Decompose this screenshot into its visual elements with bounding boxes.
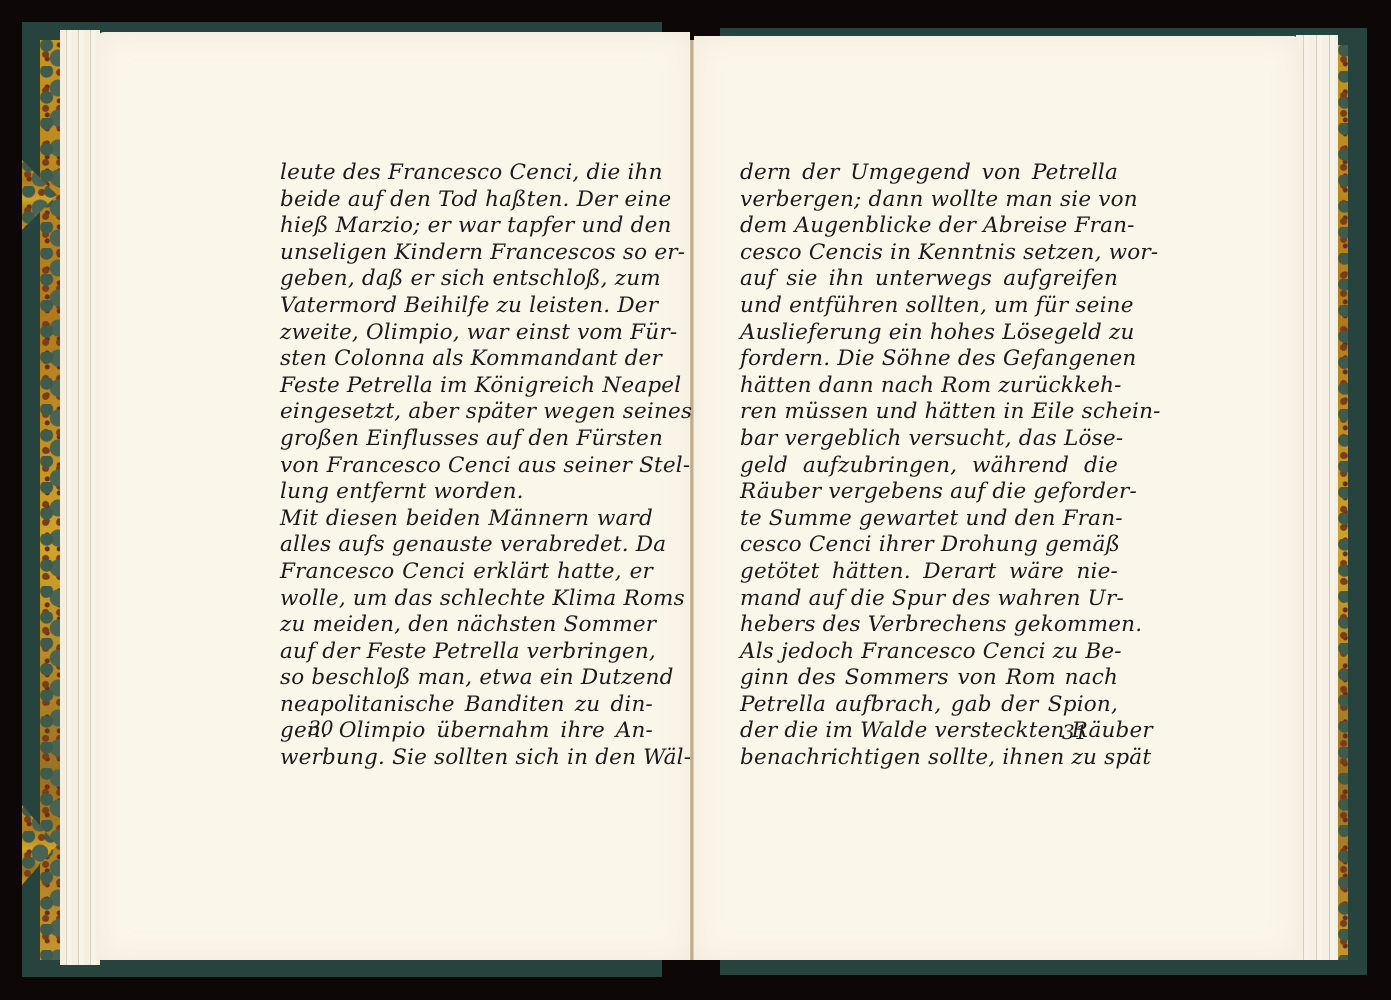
text-line: neapolitanische Banditen zu din- bbox=[280, 692, 653, 719]
text-line: sten Colonna als Kommandant der bbox=[280, 346, 653, 373]
text-line: mand auf die Spur des wahren Ur- bbox=[740, 586, 1118, 613]
text-line: dem Augenblicke der Abreise Fran- bbox=[740, 213, 1118, 240]
text-line: benachrichtigen sollte, ihnen zu spät bbox=[740, 745, 1118, 772]
left-page-text: leute des Francesco Cenci, die ihn beide… bbox=[280, 160, 653, 772]
text-line: wolle, um das schlechte Klima Roms bbox=[280, 586, 653, 613]
text-line: ren müssen und hätten in Eile schein- bbox=[740, 399, 1118, 426]
text-line: Auslieferung ein hohes Lösegeld zu bbox=[740, 320, 1118, 347]
text-line: eingesetzt, aber später wegen seines bbox=[280, 399, 653, 426]
text-line: geben, daß er sich entschloß, zum bbox=[280, 266, 653, 293]
right-page-text: dern der Umgegend von Petrella verbergen… bbox=[740, 160, 1118, 772]
text-line: Als jedoch Francesco Cenci zu Be- bbox=[740, 639, 1118, 666]
book-gutter bbox=[690, 40, 694, 960]
text-line: bar vergeblich versucht, das Löse- bbox=[740, 426, 1118, 453]
page-stack-left bbox=[60, 30, 100, 965]
text-line: fordern. Die Söhne des Gefangenen bbox=[740, 346, 1118, 373]
text-line: hebers des Verbrechens gekommen. bbox=[740, 612, 1118, 639]
text-line: Petrella aufbrach, gab der Spion, bbox=[740, 692, 1118, 719]
text-line: getötet hätten. Derart wäre nie- bbox=[740, 559, 1118, 586]
text-line: zu meiden, den nächsten Sommer bbox=[280, 612, 653, 639]
text-line: auf der Feste Petrella verbringen, bbox=[280, 639, 653, 666]
text-line: alles aufs genauste verabredet. Da bbox=[280, 532, 653, 559]
text-line: werbung. Sie sollten sich in den Wäl- bbox=[280, 745, 653, 772]
text-line: zweite, Olimpio, war einst vom Für- bbox=[280, 320, 653, 347]
text-line: und entführen sollten, um für seine bbox=[740, 293, 1118, 320]
text-line: hieß Marzio; er war tapfer und den bbox=[280, 213, 653, 240]
text-line: gen. Olimpio übernahm ihre An- bbox=[280, 718, 653, 745]
text-line: te Summe gewartet und den Fran- bbox=[740, 506, 1118, 533]
page-number-right: 31 bbox=[1062, 720, 1087, 744]
text-line: großen Einflusses auf den Fürsten bbox=[280, 426, 653, 453]
text-line: verbergen; dann wollte man sie von bbox=[740, 187, 1118, 214]
text-line: Räuber vergebens auf die geforder- bbox=[740, 479, 1118, 506]
text-line: auf sie ihn unterwegs aufgreifen bbox=[740, 266, 1118, 293]
text-line: cesco Cenci ihrer Drohung gemäß bbox=[740, 532, 1118, 559]
page-stack-right bbox=[1296, 35, 1338, 960]
text-line: so beschloß man, etwa ein Dutzend bbox=[280, 665, 653, 692]
text-line: dern der Umgegend von Petrella bbox=[740, 160, 1118, 187]
text-line: geld aufzubringen, während die bbox=[740, 453, 1118, 480]
text-line: leute des Francesco Cenci, die ihn bbox=[280, 160, 653, 187]
text-line: Mit diesen beiden Männern ward bbox=[280, 506, 653, 533]
text-line: Feste Petrella im Königreich Neapel bbox=[280, 373, 653, 400]
marbled-endpaper-left bbox=[40, 40, 60, 960]
text-line: Vatermord Beihilfe zu leisten. Der bbox=[280, 293, 653, 320]
text-line: hätten dann nach Rom zurückkeh- bbox=[740, 373, 1118, 400]
text-line: ginn des Sommers von Rom nach bbox=[740, 665, 1118, 692]
text-line: beide auf den Tod haßten. Der eine bbox=[280, 187, 653, 214]
text-line: von Francesco Cenci aus seiner Stel- bbox=[280, 453, 653, 480]
marbled-endpaper-right bbox=[1338, 45, 1348, 960]
page-number-left: 30 bbox=[308, 716, 333, 740]
text-line: Francesco Cenci erklärt hatte, er bbox=[280, 559, 653, 586]
text-line: cesco Cencis in Kenntnis setzen, wor- bbox=[740, 240, 1118, 267]
text-line: lung entfernt worden. bbox=[280, 479, 653, 506]
text-line: unseligen Kindern Francescos so er- bbox=[280, 240, 653, 267]
